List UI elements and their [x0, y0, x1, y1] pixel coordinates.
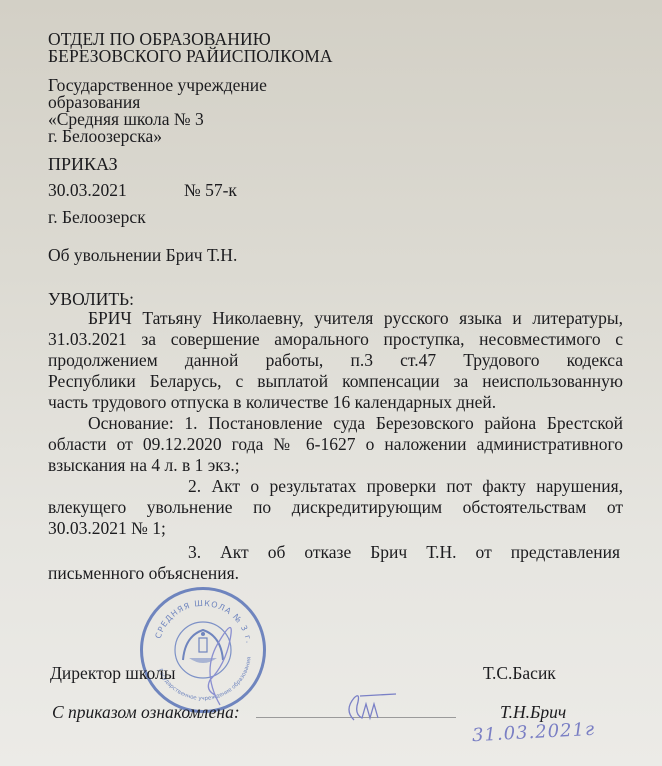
order-title: ПРИКАЗ: [48, 155, 118, 173]
institution-line-4: г. Белоозерска»: [48, 127, 162, 145]
basis-2-paragraph: 2. Акт о результатах проверки пот факту …: [48, 476, 623, 539]
paragraph-line: области от 09.12.2020 года № 6-1627 о на…: [48, 434, 623, 455]
paragraph-line: письменного объяснения.: [48, 563, 620, 584]
director-name: Т.С.Басик: [483, 664, 556, 682]
basis-1-paragraph: Основание: 1. Постановление суда Березов…: [48, 413, 623, 476]
paragraph-line: 31.03.2021 за совершение аморального про…: [48, 329, 623, 350]
order-date: 30.03.2021: [48, 181, 127, 199]
department-line-2: БЕРЕЗОВСКОГО РАЙИСПОЛКОМА: [48, 47, 333, 65]
paragraph-line: Республики Беларусь, с выплатой компенса…: [48, 371, 623, 392]
document-page: ОТДЕЛ ПО ОБРАЗОВАНИЮ БЕРЕЗОВСКОГО РАЙИСП…: [0, 0, 662, 766]
paragraph-line: 3. Акт об отказе Брич Т.Н. от представле…: [48, 542, 620, 563]
directive-heading: УВОЛИТЬ:: [48, 290, 134, 308]
paragraph-line: 30.03.2021 № 1;: [48, 518, 623, 539]
paragraph-line: часть трудового отпуска в количестве 16 …: [48, 392, 623, 413]
paragraph-line: влекущего увольнение по дискредитирующим…: [48, 497, 623, 518]
acknowledged-name: Т.Н.Брич: [500, 703, 566, 721]
order-subject: Об увольнении Брич Т.Н.: [48, 246, 237, 264]
dismissal-paragraph: БРИЧ Татьяну Николаевну, учителя русског…: [48, 308, 623, 413]
handwritten-date: 31.03.2021г: [472, 719, 596, 746]
paragraph-line: 2. Акт о результатах проверки пот факту …: [48, 476, 623, 497]
paragraph-line: взыскания на 4 л. в 1 экз.;: [48, 455, 623, 476]
basis-3-paragraph: 3. Акт об отказе Брич Т.Н. от представле…: [48, 542, 620, 584]
director-label: Директор школы: [50, 664, 175, 682]
employee-signature-icon: [340, 688, 410, 724]
acknowledged-label: С приказом ознакомлена:: [52, 703, 240, 721]
order-place: г. Белоозерск: [48, 208, 146, 226]
paragraph-line: БРИЧ Татьяну Николаевну, учителя русског…: [48, 308, 623, 329]
paragraph-line: Основание: 1. Постановление суда Березов…: [48, 413, 623, 434]
order-number: № 57-к: [184, 181, 237, 199]
paragraph-line: продолжением данной работы, п.3 ст.47 Тр…: [48, 350, 623, 371]
director-signature-icon: [190, 610, 250, 710]
